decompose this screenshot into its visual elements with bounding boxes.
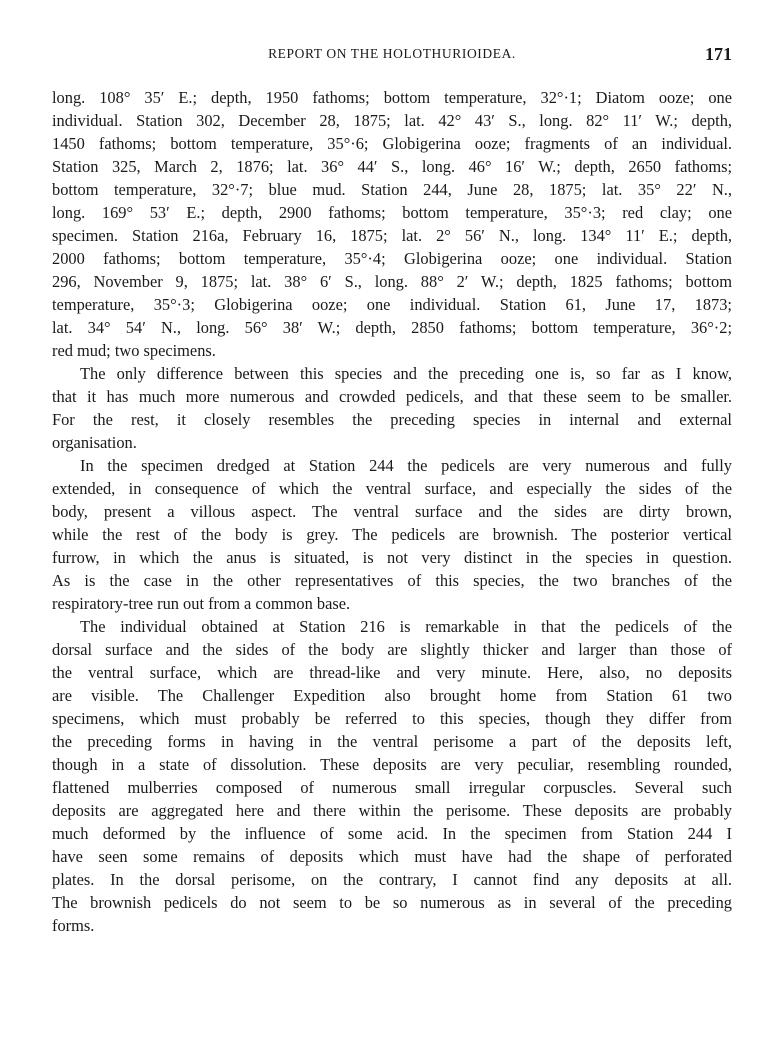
text-line: though in a state of dissolution. These …	[52, 753, 732, 776]
text-line: furrow, in which the anus is situated, i…	[52, 546, 732, 569]
text-line: are visible. The Challenger Expedition a…	[52, 684, 732, 707]
text-line: 296, November 9, 1875; lat. 38° 6′ S., l…	[52, 270, 732, 293]
text-line: long. 108° 35′ E.; depth, 1950 fathoms; …	[52, 86, 732, 109]
text-line: body, present a villous aspect. The vent…	[52, 500, 732, 523]
page-number: 171	[705, 44, 732, 65]
text-line: dorsal surface and the sides of the body…	[52, 638, 732, 661]
text-line: forms.	[52, 914, 732, 937]
text-line: much deformed by the influence of some a…	[52, 822, 732, 845]
text-line: long. 169° 53′ E.; depth, 2900 fathoms; …	[52, 201, 732, 224]
body-text: long. 108° 35′ E.; depth, 1950 fathoms; …	[52, 86, 732, 937]
document-page: REPORT ON THE HOLOTHURIOIDEA. 171 long. …	[0, 0, 776, 1050]
text-line: The only difference between this species…	[52, 362, 732, 385]
text-line: bottom temperature, 32°·7; blue mud. Sta…	[52, 178, 732, 201]
text-line: specimens, which must probably be referr…	[52, 707, 732, 730]
paragraph-species-difference: The only difference between this species…	[52, 362, 732, 454]
text-line: individual. Station 302, December 28, 18…	[52, 109, 732, 132]
text-line: have seen some remains of deposits which…	[52, 845, 732, 868]
text-line: red mud; two specimens.	[52, 339, 732, 362]
text-line: respiratory-tree run out from a common b…	[52, 592, 732, 615]
text-line: 1450 fathoms; bottom temperature, 35°·6;…	[52, 132, 732, 155]
text-line: lat. 34° 54′ N., long. 56° 38′ W.; depth…	[52, 316, 732, 339]
text-line: The brownish pedicels do not seem to be …	[52, 891, 732, 914]
text-line: organisation.	[52, 431, 732, 454]
text-line: flattened mulberries composed of numerou…	[52, 776, 732, 799]
paragraph-station-list: long. 108° 35′ E.; depth, 1950 fathoms; …	[52, 86, 732, 362]
text-line: temperature, 35°·3; Globigerina ooze; on…	[52, 293, 732, 316]
text-line: while the rest of the body is grey. The …	[52, 523, 732, 546]
text-line: 2000 fathoms; bottom temperature, 35°·4;…	[52, 247, 732, 270]
running-head: REPORT ON THE HOLOTHURIOIDEA. 171	[52, 44, 732, 68]
text-line: that it has much more numerous and crowd…	[52, 385, 732, 408]
paragraph-station-216-individual: The individual obtained at Station 216 i…	[52, 615, 732, 937]
text-line: plates. In the dorsal perisome, on the c…	[52, 868, 732, 891]
text-line: The individual obtained at Station 216 i…	[52, 615, 732, 638]
text-line: the preceding forms in having in the ven…	[52, 730, 732, 753]
text-line: In the specimen dredged at Station 244 t…	[52, 454, 732, 477]
text-line: deposits are aggregated here and there w…	[52, 799, 732, 822]
running-title: REPORT ON THE HOLOTHURIOIDEA.	[52, 46, 732, 62]
text-line: As is the case in the other representati…	[52, 569, 732, 592]
text-line: Station 325, March 2, 1876; lat. 36° 44′…	[52, 155, 732, 178]
text-line: specimen. Station 216a, February 16, 187…	[52, 224, 732, 247]
text-line: the ventral surface, which are thread-li…	[52, 661, 732, 684]
text-line: extended, in consequence of which the ve…	[52, 477, 732, 500]
paragraph-station-244-specimen: In the specimen dredged at Station 244 t…	[52, 454, 732, 615]
text-line: For the rest, it closely resembles the p…	[52, 408, 732, 431]
